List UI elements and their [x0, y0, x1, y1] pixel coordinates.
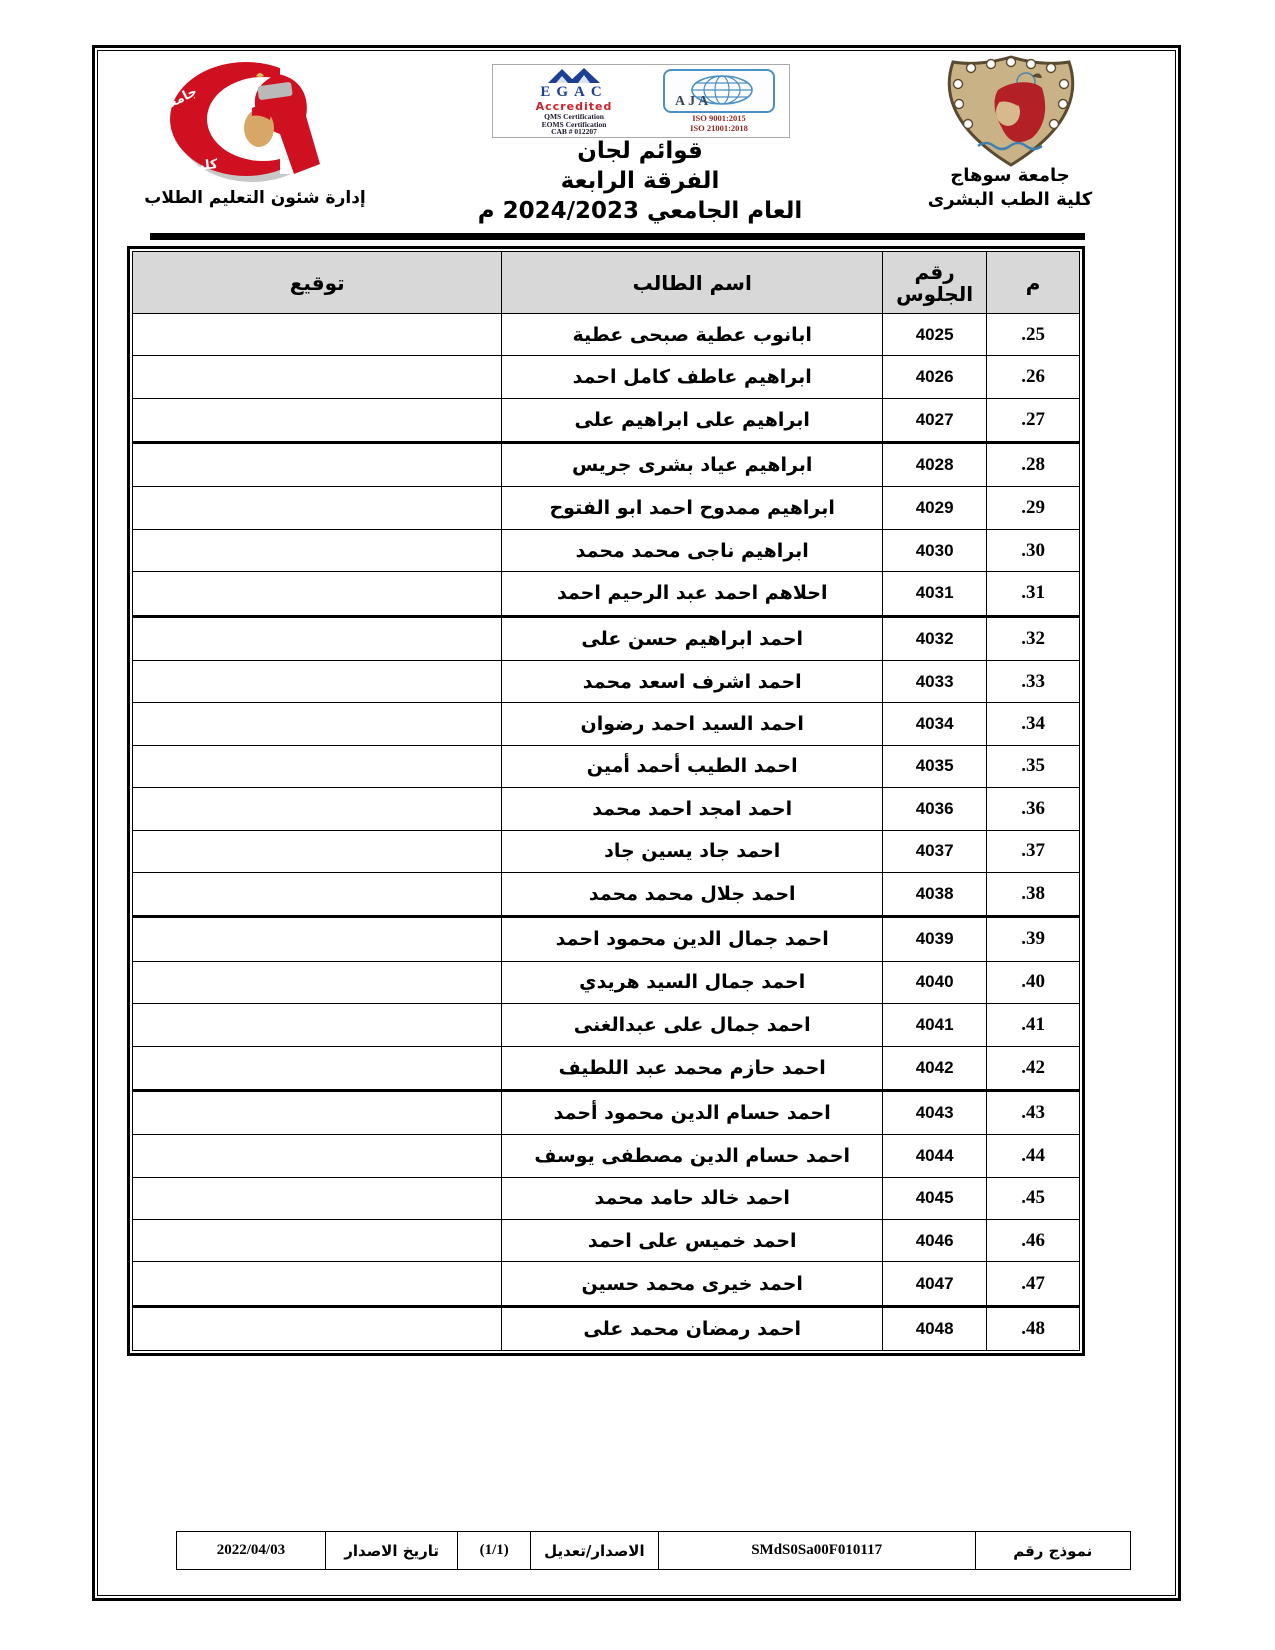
issue-date-label: تاريخ الاصدار: [325, 1532, 458, 1570]
table-row: 38.4038احمد جلال محمد محمد: [133, 873, 1080, 917]
signature-cell: [133, 1219, 502, 1261]
table-row: 28.4028ابراهيم عياد بشرى جريس: [133, 443, 1080, 487]
table-row: 46.4046احمد خميس على احمد: [133, 1219, 1080, 1261]
egac-accredited-label: Accredited: [499, 101, 649, 113]
student-name-cell: ابراهيم ممدوح احمد ابو الفتوح: [502, 487, 883, 529]
table-row: 29.4029ابراهيم ممدوح احمد ابو الفتوح: [133, 487, 1080, 529]
signature-cell: [133, 873, 502, 917]
table-row: 48.4048احمد رمضان محمد على: [133, 1306, 1080, 1350]
student-name-cell: احمد امجد احمد محمد: [502, 788, 883, 830]
table-row: 25.4025ابانوب عطية صبحى عطية: [133, 314, 1080, 356]
table-row: 44.4044احمد حسام الدين مصطفى يوسف: [133, 1135, 1080, 1177]
signature-cell: [133, 314, 502, 356]
table-header-row: م رقم الجلوس اسم الطالب توقيع: [133, 252, 1080, 314]
serial-cell: 35.: [987, 745, 1080, 787]
signature-cell: [133, 616, 502, 660]
table-row: 31.4031احلاهم احمد عبد الرحيم احمد: [133, 572, 1080, 616]
student-rows: 25.4025ابانوب عطية صبحى عطية26.4026ابراه…: [133, 314, 1080, 1351]
student-name-cell: احمد خميس على احمد: [502, 1219, 883, 1261]
student-name-cell: ابانوب عطية صبحى عطية: [502, 314, 883, 356]
serial-cell: 42.: [987, 1046, 1080, 1090]
serial-cell: 44.: [987, 1135, 1080, 1177]
signature-cell: [133, 1046, 502, 1090]
seat-number-cell: 4032: [883, 616, 987, 660]
seat-number-cell: 4045: [883, 1177, 987, 1219]
signature-cell: [133, 1262, 502, 1306]
student-name-cell: احمد حسام الدين مصطفى يوسف: [502, 1135, 883, 1177]
signature-cell: [133, 1177, 502, 1219]
table-row: 40.4040احمد جمال السيد هريدي: [133, 961, 1080, 1003]
seat-number-cell: 4029: [883, 487, 987, 529]
seat-number-cell: 4025: [883, 314, 987, 356]
header-seat-number: رقم الجلوس: [883, 252, 987, 314]
student-name-cell: احمد الطيب أحمد أمين: [502, 745, 883, 787]
seat-number-cell: 4027: [883, 398, 987, 442]
serial-cell: 32.: [987, 616, 1080, 660]
seat-number-cell: 4043: [883, 1090, 987, 1134]
signature-cell: [133, 660, 502, 702]
table-row: 30.4030ابراهيم ناجى محمد محمد: [133, 529, 1080, 571]
footer-table: نموذج رقم SMdS0Sa00F010117 الاصدار/تعديل…: [176, 1531, 1131, 1570]
table-row: 47.4047احمد خيرى محمد حسين: [133, 1262, 1080, 1306]
signature-cell: [133, 745, 502, 787]
serial-cell: 38.: [987, 873, 1080, 917]
serial-cell: 43.: [987, 1090, 1080, 1134]
table-row: 42.4042احمد حازم محمد عبد اللطيف: [133, 1046, 1080, 1090]
serial-cell: 27.: [987, 398, 1080, 442]
form-number-label: نموذج رقم: [975, 1532, 1131, 1570]
signature-cell: [133, 961, 502, 1003]
footer-row: نموذج رقم SMdS0Sa00F010117 الاصدار/تعديل…: [177, 1532, 1131, 1570]
seat-number-cell: 4036: [883, 788, 987, 830]
seat-number-cell: 4039: [883, 917, 987, 961]
serial-cell: 28.: [987, 443, 1080, 487]
serial-cell: 46.: [987, 1219, 1080, 1261]
table-row: 34.4034احمد السيد احمد رضوان: [133, 703, 1080, 745]
students-table-wrap: م رقم الجلوس اسم الطالب توقيع 25.4025ابا…: [127, 246, 1085, 1356]
seat-number-cell: 4033: [883, 660, 987, 702]
seat-number-cell: 4046: [883, 1219, 987, 1261]
seat-number-cell: 4037: [883, 830, 987, 872]
svg-text:كلية الطب: كلية الطب: [160, 157, 219, 179]
accreditation-box: EGAC Accredited QMS Certification EOMS C…: [492, 64, 790, 138]
seat-number-cell: 4034: [883, 703, 987, 745]
table-row: 27.4027ابراهيم على ابراهيم على: [133, 398, 1080, 442]
serial-cell: 39.: [987, 917, 1080, 961]
faculty-medicine-crescent-logo: جامعة سوهاج كلية الطب: [160, 56, 338, 186]
student-name-cell: احمد خيرى محمد حسين: [502, 1262, 883, 1306]
table-row: 37.4037احمد جاد يسين جاد: [133, 830, 1080, 872]
issue-value: (1/1): [458, 1532, 531, 1570]
student-name-cell: احمد ابراهيم حسن على: [502, 616, 883, 660]
header-serial: م: [987, 252, 1080, 314]
table-row: 36.4036احمد امجد احمد محمد: [133, 788, 1080, 830]
title-academic-year: العام الجامعي 2024/2023 م: [420, 196, 860, 226]
serial-cell: 25.: [987, 314, 1080, 356]
serial-cell: 30.: [987, 529, 1080, 571]
student-name-cell: احلاهم احمد عبد الرحيم احمد: [502, 572, 883, 616]
seat-number-cell: 4042: [883, 1046, 987, 1090]
student-name-cell: احمد خالد حامد محمد: [502, 1177, 883, 1219]
header-student-name: اسم الطالب: [502, 252, 883, 314]
table-row: 32.4032احمد ابراهيم حسن على: [133, 616, 1080, 660]
student-name-cell: احمد حازم محمد عبد اللطيف: [502, 1046, 883, 1090]
egac-name: EGAC: [499, 85, 649, 101]
document-titles: قوائم لجان الفرقة الرابعة العام الجامعي …: [420, 136, 860, 226]
seat-number-cell: 4047: [883, 1262, 987, 1306]
egac-logo: EGAC Accredited QMS Certification EOMS C…: [499, 66, 649, 137]
table-row: 45.4045احمد خالد حامد محمد: [133, 1177, 1080, 1219]
signature-cell: [133, 398, 502, 442]
students-table: م رقم الجلوس اسم الطالب توقيع 25.4025ابا…: [132, 251, 1080, 1351]
serial-cell: 48.: [987, 1306, 1080, 1350]
student-name-cell: احمد جمال السيد هريدي: [502, 961, 883, 1003]
signature-cell: [133, 703, 502, 745]
title-committee-lists: قوائم لجان: [420, 136, 860, 166]
student-name-cell: ابراهيم عياد بشرى جريس: [502, 443, 883, 487]
egac-mountains-icon: [546, 66, 602, 84]
form-number-value: SMdS0Sa00F010117: [658, 1532, 975, 1570]
table-row: 26.4026ابراهيم عاطف كامل احمد: [133, 356, 1080, 398]
seat-number-cell: 4028: [883, 443, 987, 487]
serial-cell: 45.: [987, 1177, 1080, 1219]
table-row: 43.4043احمد حسام الدين محمود أحمد: [133, 1090, 1080, 1134]
aja-iso-line: ISO 9001:2015: [655, 114, 783, 123]
signature-cell: [133, 1004, 502, 1046]
student-name-cell: احمد جمال على عبدالغنى: [502, 1004, 883, 1046]
signature-cell: [133, 1306, 502, 1350]
signature-cell: [133, 830, 502, 872]
table-row: 33.4033احمد اشرف اسعد محمد: [133, 660, 1080, 702]
serial-cell: 26.: [987, 356, 1080, 398]
serial-cell: 31.: [987, 572, 1080, 616]
student-name-cell: احمد جاد يسين جاد: [502, 830, 883, 872]
university-shield-logo: [936, 54, 1086, 168]
student-name-cell: احمد اشرف اسعد محمد: [502, 660, 883, 702]
student-name-cell: احمد جلال محمد محمد: [502, 873, 883, 917]
signature-cell: [133, 788, 502, 830]
university-name: جامعة سوهاج: [895, 164, 1125, 188]
aja-name: AJA: [675, 94, 711, 109]
table-row: 39.4039احمد جمال الدين محمود احمد: [133, 917, 1080, 961]
university-caption: جامعة سوهاج كلية الطب البشرى: [895, 164, 1125, 212]
seat-number-cell: 4030: [883, 529, 987, 571]
student-name-cell: ابراهيم ناجى محمد محمد: [502, 529, 883, 571]
serial-cell: 37.: [987, 830, 1080, 872]
student-name-cell: احمد جمال الدين محمود احمد: [502, 917, 883, 961]
student-name-cell: احمد السيد احمد رضوان: [502, 703, 883, 745]
serial-cell: 40.: [987, 961, 1080, 1003]
serial-cell: 41.: [987, 1004, 1080, 1046]
serial-cell: 47.: [987, 1262, 1080, 1306]
crescent-logo-icon: جامعة سوهاج كلية الطب: [160, 56, 338, 186]
signature-cell: [133, 572, 502, 616]
seat-number-cell: 4044: [883, 1135, 987, 1177]
seat-number-cell: 4041: [883, 1004, 987, 1046]
seat-number-cell: 4031: [883, 572, 987, 616]
serial-cell: 33.: [987, 660, 1080, 702]
seat-number-cell: 4026: [883, 356, 987, 398]
serial-cell: 29.: [987, 487, 1080, 529]
student-name-cell: ابراهيم على ابراهيم على: [502, 398, 883, 442]
seat-number-cell: 4040: [883, 961, 987, 1003]
faculty-name: كلية الطب البشرى: [895, 188, 1125, 212]
aja-iso-line: ISO 21001:2018: [655, 124, 783, 133]
issue-date-value: 2022/04/03: [177, 1532, 326, 1570]
serial-cell: 34.: [987, 703, 1080, 745]
aja-logo: AJA ISO 9001:2015 ISO 21001:2018: [655, 69, 783, 134]
footer-table-wrap: نموذج رقم SMdS0Sa00F010117 الاصدار/تعديل…: [176, 1531, 1131, 1570]
student-name-cell: احمد حسام الدين محمود أحمد: [502, 1090, 883, 1134]
title-year-group: الفرقة الرابعة: [420, 166, 860, 196]
signature-cell: [133, 1135, 502, 1177]
dept-caption: إدارة شئون التعليم الطلاب: [135, 188, 375, 208]
issue-label: الاصدار/تعديل: [530, 1532, 658, 1570]
serial-cell: 36.: [987, 788, 1080, 830]
table-row: 35.4035احمد الطيب أحمد أمين: [133, 745, 1080, 787]
signature-cell: [133, 487, 502, 529]
signature-cell: [133, 443, 502, 487]
table-row: 41.4041احمد جمال على عبدالغنى: [133, 1004, 1080, 1046]
seat-number-cell: 4048: [883, 1306, 987, 1350]
signature-cell: [133, 356, 502, 398]
seat-number-cell: 4038: [883, 873, 987, 917]
signature-cell: [133, 1090, 502, 1134]
student-name-cell: ابراهيم عاطف كامل احمد: [502, 356, 883, 398]
student-name-cell: احمد رمضان محمد على: [502, 1306, 883, 1350]
header-signature: توقيع: [133, 252, 502, 314]
signature-cell: [133, 529, 502, 571]
aja-globe-icon: AJA: [663, 69, 775, 113]
shield-logo-icon: [936, 54, 1086, 168]
seat-number-cell: 4035: [883, 745, 987, 787]
signature-cell: [133, 917, 502, 961]
title-underline-rule: [150, 233, 1085, 240]
